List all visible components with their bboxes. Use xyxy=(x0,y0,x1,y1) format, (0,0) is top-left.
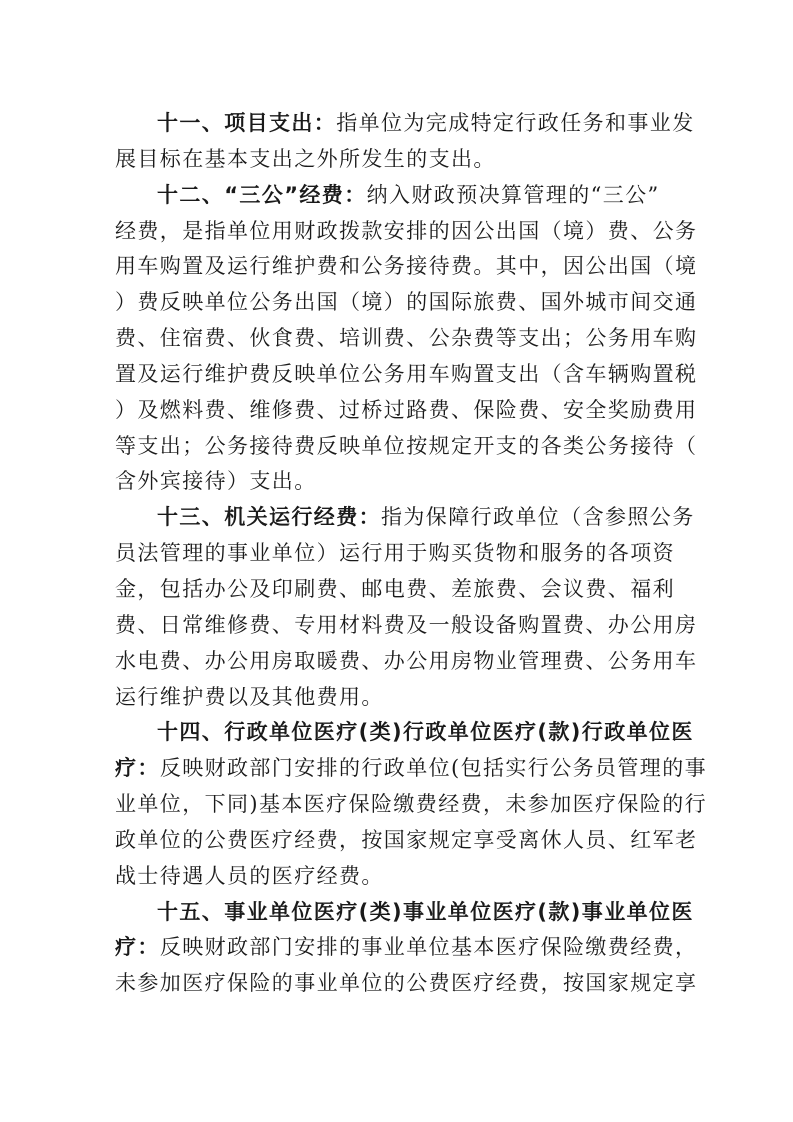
text-line: 十二、“三公”经费：纳入财政预决算管理的“三公” xyxy=(115,178,687,214)
text-line: 十五、事业单位医疗(类)事业单位医疗(款)事业单位医 xyxy=(115,895,687,931)
term-heading-tail: 疗： xyxy=(115,935,160,959)
text-line: 十三、机关运行经费：指为保障行政单位（含参照公务 xyxy=(115,500,687,536)
term-heading-tail: 疗： xyxy=(115,756,160,780)
text-line: 政单位的公费医疗经费，按国家规定享受离休人员、红军老 xyxy=(115,823,687,859)
term-heading: 十二、“三公”经费： xyxy=(157,183,367,207)
definition-text: 反映财政部门安排的事业单位基本医疗保险缴费经费， xyxy=(160,935,698,959)
paragraph-admin-unit-medical: 十四、行政单位医疗(类)行政单位医疗(款)行政单位医 疗：反映财政部门安排的行政… xyxy=(115,715,687,894)
definition-text: 指单位为完成特定行政任务和事业发 xyxy=(336,111,694,135)
text-line: 经费，是指单位用财政拨款安排的因公出国（境）费、公务 xyxy=(115,214,687,250)
definition-text: 指为保障行政单位（含参照公务 xyxy=(381,505,695,529)
document-page: 十一、项目支出：指单位为完成特定行政任务和事业发 展目标在基本支出之外所发生的支… xyxy=(115,106,687,1002)
text-line: 费、日常维修费、专用材料费及一般设备购置费、办公用房 xyxy=(115,608,687,644)
text-line: 十四、行政单位医疗(类)行政单位医疗(款)行政单位医 xyxy=(115,715,687,751)
text-line: 展目标在基本支出之外所发生的支出。 xyxy=(115,142,687,178)
definition-text: 反映财政部门安排的行政单位(包括实行公务员管理的事 xyxy=(160,756,707,780)
term-heading: 十一、项目支出： xyxy=(157,111,336,135)
term-heading: 十四、行政单位医疗(类)行政单位医疗(款)行政单位医 xyxy=(157,720,694,744)
term-heading: 十三、机关运行经费： xyxy=(157,505,381,529)
term-heading: 十五、事业单位医疗(类)事业单位医疗(款)事业单位医 xyxy=(157,900,694,924)
paragraph-public-institution-medical: 十五、事业单位医疗(类)事业单位医疗(款)事业单位医 疗：反映财政部门安排的事业… xyxy=(115,895,687,1003)
text-line: 疗：反映财政部门安排的事业单位基本医疗保险缴费经费， xyxy=(115,930,687,966)
text-line: 费、住宿费、伙食费、培训费、公杂费等支出；公务用车购 xyxy=(115,321,687,357)
paragraph-three-public-expenses: 十二、“三公”经费：纳入财政预决算管理的“三公” 经费，是指单位用财政拨款安排的… xyxy=(115,178,687,501)
text-line: 等支出；公务接待费反映单位按规定开支的各类公务接待（ xyxy=(115,429,687,465)
text-line: 十一、项目支出：指单位为完成特定行政任务和事业发 xyxy=(115,106,687,142)
text-line: 用车购置及运行维护费和公务接待费。其中，因公出国（境 xyxy=(115,249,687,285)
text-line: 置及运行维护费反映单位公务用车购置支出（含车辆购置税 xyxy=(115,357,687,393)
definition-text: 纳入财政预决算管理的“三公” xyxy=(367,183,660,207)
text-line: 运行维护费以及其他费用。 xyxy=(115,680,687,716)
paragraph-agency-operating-expenses: 十三、机关运行经费：指为保障行政单位（含参照公务 员法管理的事业单位）运行用于购… xyxy=(115,500,687,715)
text-line: 疗：反映财政部门安排的行政单位(包括实行公务员管理的事 xyxy=(115,751,687,787)
text-line: 金，包括办公及印刷费、邮电费、差旅费、会议费、福利 xyxy=(115,572,687,608)
text-line: ）费反映单位公务出国（境）的国际旅费、国外城市间交通 xyxy=(115,285,687,321)
paragraph-project-expenditure: 十一、项目支出：指单位为完成特定行政任务和事业发 展目标在基本支出之外所发生的支… xyxy=(115,106,687,178)
text-line: 员法管理的事业单位）运行用于购买货物和服务的各项资 xyxy=(115,536,687,572)
text-line: 战士待遇人员的医疗经费。 xyxy=(115,859,687,895)
text-line: 水电费、办公用房取暖费、办公用房物业管理费、公务用车 xyxy=(115,644,687,680)
text-line: ）及燃料费、维修费、过桥过路费、保险费、安全奖励费用 xyxy=(115,393,687,429)
text-line: 含外宾接待）支出。 xyxy=(115,464,687,500)
text-line: 业单位，下同)基本医疗保险缴费经费，未参加医疗保险的行 xyxy=(115,787,687,823)
text-line: 未参加医疗保险的事业单位的公费医疗经费，按国家规定享 xyxy=(115,966,687,1002)
